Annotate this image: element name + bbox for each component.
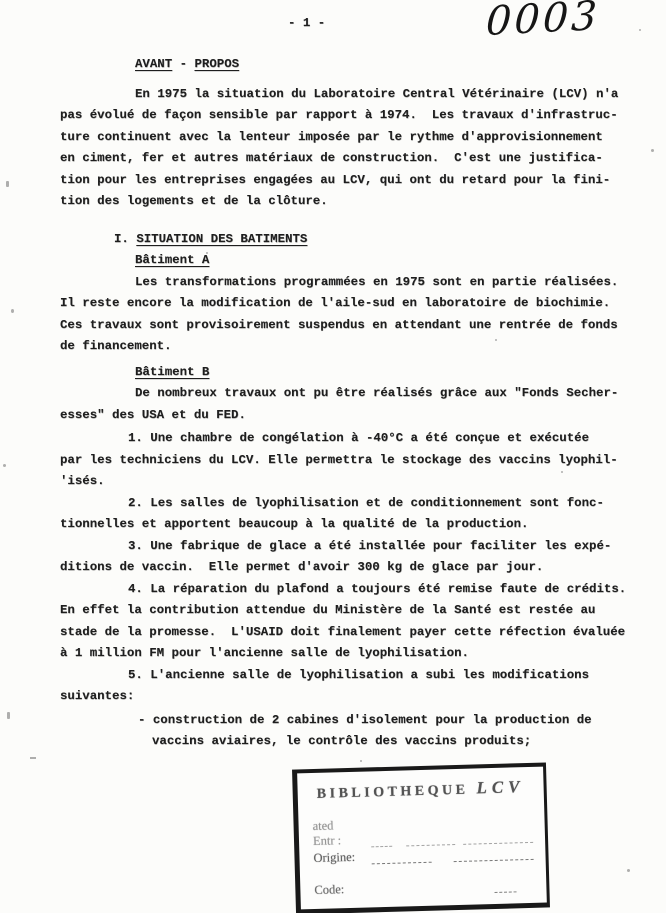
section-title: SITUATION DES BATIMENTS [136,232,307,246]
heading-avant-propos: AVANT - PROPOS [0,54,666,76]
dotted-line [370,835,392,848]
text-line: ture continuent avec la lenteur imposée … [0,127,666,149]
dotted-line [453,848,533,862]
text-line: tion pour les entreprises engagées au LC… [0,170,666,192]
text-line: tion des logements et de la clôture. [0,191,666,213]
text-line: Il reste encore la modification de l'ail… [0,293,666,315]
dotted-line [463,831,534,845]
section-heading: I. SITUATION DES BATIMENTS [0,229,666,251]
scan-speck [627,869,630,872]
handwritten-folio-number: 0003 [485,0,601,45]
document-body: AVANT - PROPOS En 1975 la situation du L… [0,54,666,753]
text-line: 4. La réparation du plafond a toujours é… [0,579,666,601]
stamp-title: BIBLIOTHEQUELCV [297,777,543,804]
text-line: par les techniciens du LCV. Elle permett… [0,450,666,472]
subheading-text: Bâtiment A [135,253,209,267]
stamp-field-label: ated Entr : [312,818,356,849]
text-line: à 1 million FM pour l'ancienne salle de … [0,643,666,665]
text-line: De nombreux travaux ont pu être réalisés… [0,383,666,405]
text-line: Les transformations programmées en 1975 … [0,272,666,294]
stamp-field-date: ated Entr : [312,813,533,849]
scan-speck [30,757,36,759]
stamp-org-text: LCV [476,777,525,797]
stamp-field-code: Code: [314,877,534,898]
scan-speck [7,712,10,719]
heading-separator: - [172,57,194,71]
text-line: tionnelles et apportent beaucoup à la qu… [0,514,666,536]
stamp-field-label: Origine: [313,850,355,866]
stamp-field-label: Code: [314,882,344,898]
section-numeral: I. [114,232,136,246]
text-line: En effet la contribution attendue du Min… [0,600,666,622]
subheading-text: Bâtiment B [135,365,209,379]
scan-speck [651,149,654,152]
text-line: 'isés. [0,471,666,493]
subheading-batiment-a: Bâtiment A [0,250,666,272]
text-line: esses" des USA et du FED. [0,405,666,427]
text-line: suivantes: [0,686,666,708]
page-number: - 1 - [288,16,325,30]
text-line: ditions de vaccin. Elle permet d'avoir 3… [0,557,666,579]
text-line: stade de la promesse. L'USAID doit final… [0,622,666,644]
dotted-line [494,880,516,893]
scan-speck [11,309,14,313]
text-line: vaccins aviaires, le contrôle des vaccin… [0,731,666,753]
scan-speck [639,29,641,31]
scanned-document-page: - 1 - 0003 AVANT - PROPOS En 1975 la sit… [0,0,666,913]
scan-speck [360,760,362,762]
text-line: 1. Une chambre de congélation à -40°C a … [0,428,666,450]
text-line: En 1975 la situation du Laboratoire Cent… [0,84,666,106]
scan-speck [561,471,563,473]
text-line: 2. Les salles de lyophilisation et de co… [0,493,666,515]
text-line: en ciment, fer et autres matériaux de co… [0,148,666,170]
text-line: de financement. [0,336,666,358]
text-line: 3. Une fabrique de glace a été installée… [0,536,666,558]
text-line: - construction de 2 cabines d'isolement … [0,710,666,732]
scan-speck [206,252,208,254]
heading-word: AVANT [135,57,172,71]
stamp-title-text: BIBLIOTHEQUE [317,783,469,802]
scan-speck [6,181,9,187]
scan-speck [495,339,497,341]
dotted-line [371,851,431,865]
heading-word: PROPOS [195,57,240,71]
scan-speck [3,464,6,467]
text-line: pas évolué de façon sensible par rapport… [0,105,666,127]
subheading-batiment-b: Bâtiment B [0,362,666,384]
text-line: Ces travaux sont provisoirement suspendu… [0,315,666,337]
dotted-line [406,833,455,846]
text-line: 5. L'ancienne salle de lyophilisation a … [0,665,666,687]
library-stamp: BIBLIOTHEQUELCV ated Entr : Origine: Cod… [292,762,550,913]
